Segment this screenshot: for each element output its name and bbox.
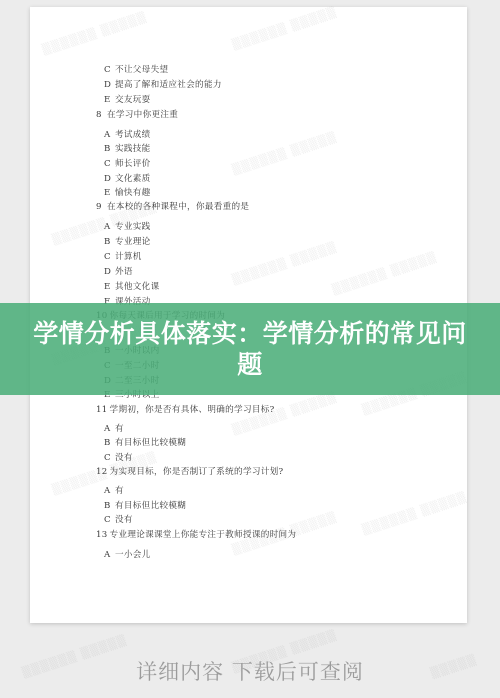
option-line: D文化素质: [104, 174, 151, 185]
option-text: 计算机: [115, 252, 142, 262]
question-line: 11学期初，你是否有具体、明确的学习目标?: [96, 405, 275, 416]
watermark: ▒▒▒▒▒▒ ▒▒▒▒▒: [231, 130, 339, 176]
option-line: C不让父母失望: [104, 65, 168, 76]
title-banner: 学情分析具体落实：学情分析的常见问题: [0, 303, 500, 395]
option-label: E: [104, 188, 113, 199]
watermark: ▒▒▒▒▒▒ ▒▒▒▒▒: [331, 250, 439, 296]
question-number: 13: [96, 530, 108, 541]
option-line: A有: [104, 486, 124, 497]
option-label: A: [104, 222, 113, 233]
option-line: A考试成绩: [104, 130, 151, 141]
option-line: C计算机: [104, 252, 142, 263]
option-text: 实践技能: [115, 144, 151, 154]
option-text: 有: [115, 424, 124, 434]
option-label: C: [104, 252, 113, 263]
option-label: A: [104, 486, 113, 497]
option-label: A: [104, 424, 113, 435]
option-text: 其他文化课: [115, 282, 159, 292]
option-line: E愉快有趣: [104, 188, 151, 199]
option-line: E其他文化课: [104, 282, 159, 293]
banner-title: 学情分析具体落实：学情分析的常见问题: [30, 318, 470, 380]
watermark: ▒▒▒▒▒▒ ▒▒▒▒▒: [231, 240, 339, 286]
option-text: 一小会儿: [115, 550, 151, 560]
option-line: D提高了解和适应社会的能力: [104, 80, 222, 91]
option-line: B实践技能: [104, 144, 151, 155]
option-line: B有目标但比较模糊: [104, 438, 186, 449]
question-number: 11: [96, 405, 108, 416]
option-label: D: [104, 267, 113, 278]
watermark: ▒▒▒▒▒▒ ▒▒▒▒▒: [231, 5, 339, 51]
option-line: B有目标但比较模糊: [104, 501, 186, 512]
option-line: B专业理论: [104, 237, 151, 248]
option-label: C: [104, 515, 113, 526]
option-label: A: [104, 550, 113, 561]
option-text: 提高了解和适应社会的能力: [115, 80, 222, 90]
option-text: 考试成绩: [115, 130, 151, 140]
option-line: C师长评价: [104, 159, 151, 170]
option-label: E: [104, 95, 113, 106]
option-label: E: [104, 282, 113, 293]
question-number: 12: [96, 467, 108, 478]
option-text: 文化素质: [115, 174, 151, 184]
question-text: 在学习中你更注重: [107, 110, 178, 120]
option-label: C: [104, 453, 113, 464]
option-text: 有目标但比较模糊: [115, 501, 186, 511]
option-text: 没有: [115, 453, 133, 463]
question-text: 学期初，你是否有具体、明确的学习目标?: [110, 405, 275, 415]
question-text: 为实现目标，你是否制订了系统的学习计划?: [110, 467, 284, 477]
question-line: 9在本校的各种课程中，你最看重的是: [96, 202, 249, 213]
option-text: 不让父母失望: [115, 65, 168, 75]
question-number: 8: [96, 110, 105, 121]
option-text: 交友玩耍: [115, 95, 151, 105]
question-line: 13专业理论课课堂上你能专注于教师授课的时间为: [96, 530, 296, 541]
option-label: B: [104, 501, 113, 512]
option-text: 专业理论: [115, 237, 151, 247]
option-text: 愉快有趣: [115, 188, 151, 198]
option-text: 没有: [115, 515, 133, 525]
option-label: C: [104, 65, 113, 76]
option-text: 有: [115, 486, 124, 496]
option-label: A: [104, 130, 113, 141]
option-label: D: [104, 174, 113, 185]
option-line: C没有: [104, 453, 133, 464]
option-label: B: [104, 237, 113, 248]
question-text: 专业理论课课堂上你能专注于教师授课的时间为: [110, 530, 297, 540]
option-text: 有目标但比较模糊: [115, 438, 186, 448]
option-line: A有: [104, 424, 124, 435]
option-text: 师长评价: [115, 159, 151, 169]
option-text: 外语: [115, 267, 133, 277]
watermark: ▒▒▒▒▒▒ ▒▒▒▒▒: [41, 10, 149, 56]
option-line: A一小会儿: [104, 550, 151, 561]
option-label: C: [104, 159, 113, 170]
option-text: 专业实践: [115, 222, 151, 232]
question-line: 8在学习中你更注重: [96, 110, 178, 121]
option-label: B: [104, 438, 113, 449]
option-line: D外语: [104, 267, 133, 278]
download-hint: 详细内容 下载后可查阅: [0, 656, 500, 686]
option-line: E交友玩耍: [104, 95, 151, 106]
watermark: ▒▒▒▒▒▒ ▒▒▒▒▒: [361, 490, 469, 536]
question-number: 9: [96, 202, 105, 213]
option-label: D: [104, 80, 113, 91]
question-line: 12为实现目标，你是否制订了系统的学习计划?: [96, 467, 283, 478]
option-line: C没有: [104, 515, 133, 526]
option-line: A专业实践: [104, 222, 151, 233]
question-text: 在本校的各种课程中，你最看重的是: [107, 202, 249, 212]
option-label: B: [104, 144, 113, 155]
